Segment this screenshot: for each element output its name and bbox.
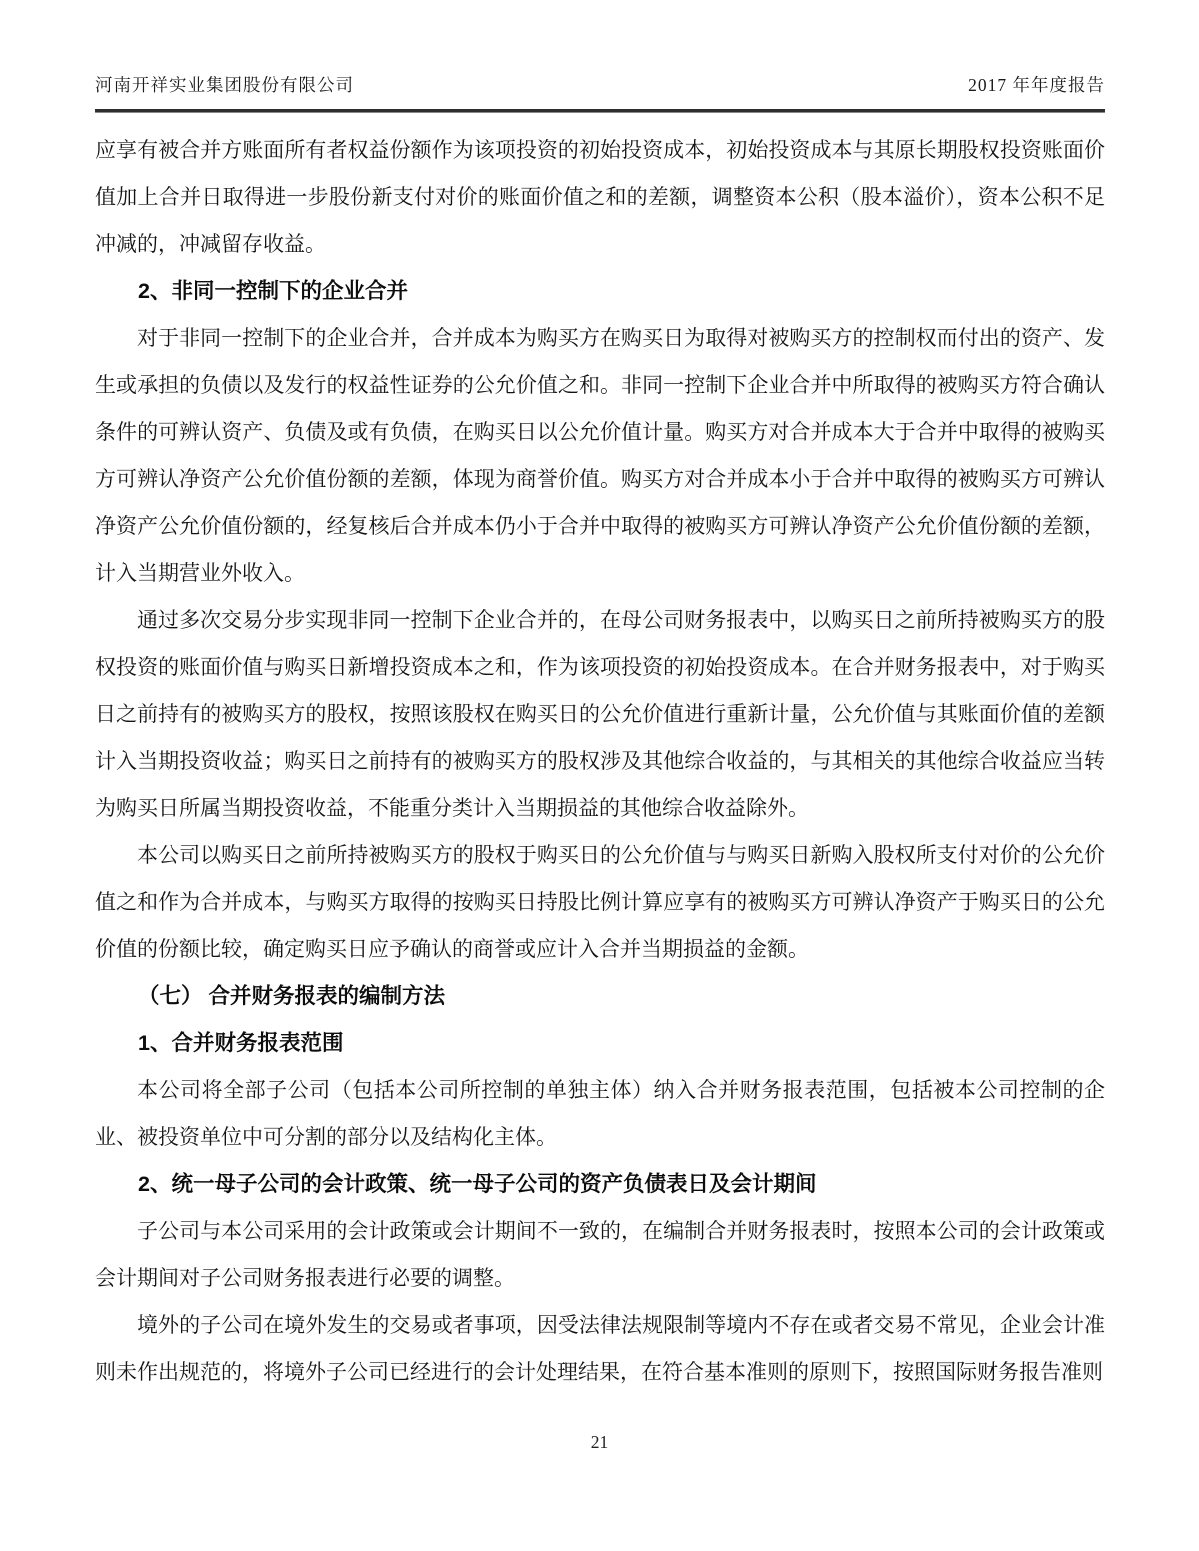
page-header: 河南开祥实业集团股份有限公司 2017 年年度报告 — [95, 0, 1105, 97]
heading-unified-accounting-policy: 2、统一母子公司的会计政策、统一母子公司的资产负债表日及会计期间 — [95, 1161, 1105, 1208]
paragraph-goodwill-determination: 本公司以购买日之前所持被购买方的股权于购买日的公允价值与与购买日新购入股权所支付… — [95, 832, 1105, 973]
page-footer: 21 — [0, 1432, 1199, 1453]
paragraph-policy-adjustment: 子公司与本公司采用的会计政策或会计期间不一致的，在编制合并财务报表时，按照本公司… — [95, 1208, 1105, 1302]
paragraph-overseas-subsidiary: 境外的子公司在境外发生的交易或者事项，因受法律法规限制等境内不存在或者交易不常见… — [95, 1302, 1105, 1396]
paragraph-continuation: 应享有被合并方账面所有者权益份额作为该项投资的初始投资成本，初始投资成本与其原长… — [95, 127, 1105, 268]
header-report-title: 2017 年年度报告 — [968, 72, 1105, 97]
paragraph-step-acquisition: 通过多次交易分步实现非同一控制下企业合并的，在母公司财务报表中，以购买日之前所持… — [95, 597, 1105, 832]
paragraph-consolidation-scope: 本公司将全部子公司（包括本公司所控制的单独主体）纳入合并财务报表范围，包括被本公… — [95, 1067, 1105, 1161]
page-number: 21 — [591, 1432, 609, 1452]
heading-consolidation-scope: 1、合并财务报表范围 — [95, 1020, 1105, 1067]
paragraph-merger-cost: 对于非同一控制下的企业合并，合并成本为购买方在购买日为取得对被购买方的控制权而付… — [95, 315, 1105, 597]
header-divider-rule — [95, 109, 1105, 113]
page-body: 河南开祥实业集团股份有限公司 2017 年年度报告 应享有被合并方账面所有者权益… — [95, 0, 1105, 1396]
document-content: 应享有被合并方账面所有者权益份额作为该项投资的初始投资成本，初始投资成本与其原长… — [95, 127, 1105, 1396]
document-page: 河南开祥实业集团股份有限公司 2017 年年度报告 应享有被合并方账面所有者权益… — [0, 0, 1199, 1551]
header-company-name: 河南开祥实业集团股份有限公司 — [95, 72, 354, 97]
heading-consolidation-method: （七） 合并财务报表的编制方法 — [95, 973, 1105, 1020]
heading-non-common-control-merger: 2、非同一控制下的企业合并 — [95, 268, 1105, 315]
